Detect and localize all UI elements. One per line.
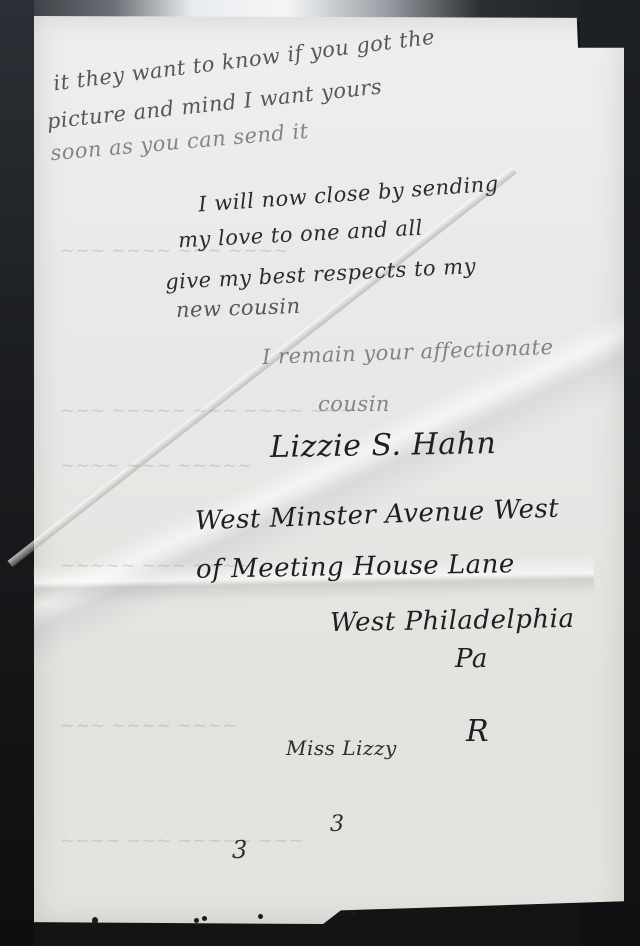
mark-r: R — [466, 714, 489, 749]
ink-speck — [92, 917, 98, 924]
bleed-through-text: ~~~ ~~~~ ~~~~ — [60, 715, 237, 736]
ink-speck — [350, 910, 356, 916]
ink-speck — [202, 916, 207, 921]
letter-line: new cousin — [176, 294, 301, 322]
bleed-through-text: ~~~ ~~~~~ ~~~ ~~~~ ~~~ — [60, 400, 354, 421]
address-line: Pa — [455, 644, 488, 674]
address-line: West Philadelphia — [330, 604, 575, 638]
ink-speck — [194, 918, 199, 923]
address-line: of Meeting House Lane — [196, 549, 515, 585]
numeral-mark: 3 — [330, 812, 345, 837]
signature: Lizzie S. Hahn — [270, 426, 497, 465]
ink-speck — [258, 914, 263, 919]
recipient-note: Miss Lizzy — [286, 736, 397, 760]
background-left — [0, 0, 34, 946]
closing-line: cousin — [318, 392, 390, 416]
bleed-through-text: ~~~~ ~~~ ~~~~~ ~~~ — [60, 830, 303, 851]
numeral-mark: 3 — [232, 836, 248, 864]
bleed-through-text: ~~~~ ~~~ ~~~~~ — [60, 455, 252, 476]
